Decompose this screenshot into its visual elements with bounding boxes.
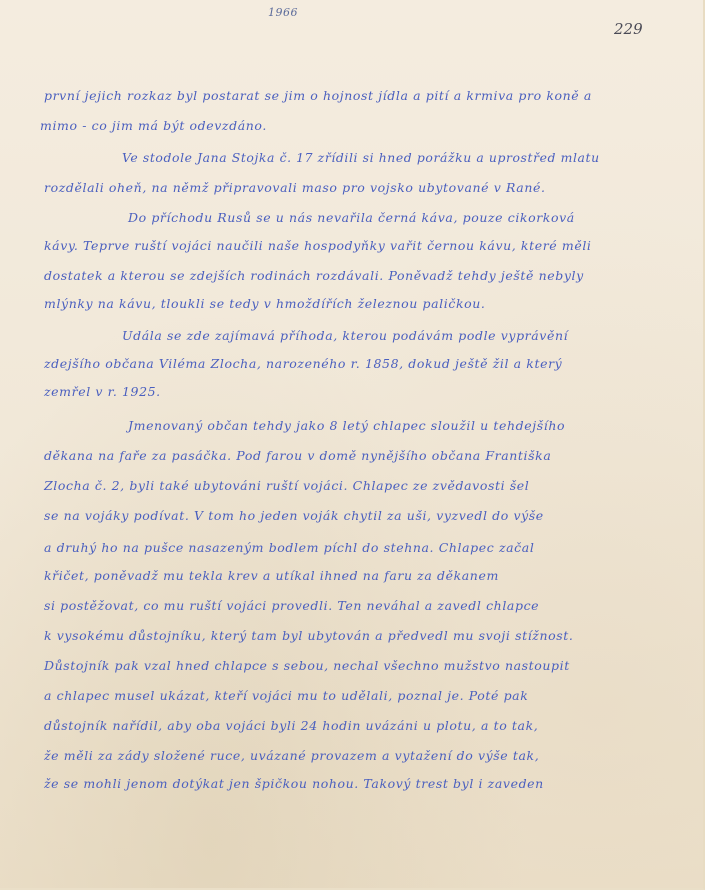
text-line: mimo - co jim má být odevzdáno. [40, 118, 267, 133]
text-line: a chlapec musel ukázat, kteří vojáci mu … [44, 688, 528, 703]
text-line: Ve stodole Jana Stojka č. 17 zřídili si … [122, 150, 600, 165]
text-line: mlýnky na kávu, tloukli se tedy v hmoždí… [44, 296, 486, 311]
manuscript-page: 1966 229 první jejich rozkaz byl postara… [0, 0, 705, 890]
text-line: Udála se zde zajímavá příhoda, kterou po… [122, 328, 568, 343]
text-line: Jmenovaný občan tehdy jako 8 letý chlape… [128, 418, 565, 433]
text-line: křičet, poněvadž mu tekla krev a utíkal … [44, 568, 499, 583]
text-line: kávy. Teprve ruští vojáci naučili naše h… [44, 238, 592, 253]
text-line: si postěžovat, co mu ruští vojáci proved… [44, 598, 539, 613]
text-line: zdejšího občana Viléma Zlocha, narozenéh… [44, 356, 562, 371]
text-line: Do příchodu Rusů se u nás nevařila černá… [128, 210, 575, 225]
text-line: že se mohli jenom dotýkat jen špičkou no… [44, 776, 544, 791]
text-line: Důstojník pak vzal hned chlapce s sebou,… [44, 658, 570, 673]
text-line: a druhý ho na pušce nasazeným bodlem píc… [44, 540, 534, 555]
text-line: dostatek a kterou se zdejších rodinách r… [44, 268, 584, 283]
text-line: rozdělali oheň, na němž připravovali mas… [44, 180, 546, 195]
text-line: důstojník nařídil, aby oba vojáci byli 2… [44, 718, 538, 733]
text-line: zemřel v r. 1925. [44, 384, 161, 399]
text-line: se na vojáky podívat. V tom ho jeden voj… [44, 508, 544, 523]
text-line: Zlocha č. 2, byli také ubytováni ruští v… [44, 478, 529, 493]
text-line: děkana na faře za pasáčka. Pod farou v d… [44, 448, 551, 463]
handwritten-text: první jejich rozkaz byl postarat se jim … [0, 0, 705, 890]
text-line: k vysokému důstojníku, který tam byl uby… [44, 628, 573, 643]
text-line: první jejich rozkaz byl postarat se jim … [44, 88, 584, 103]
text-line: že měli za zády složené ruce, uvázané pr… [44, 748, 539, 763]
